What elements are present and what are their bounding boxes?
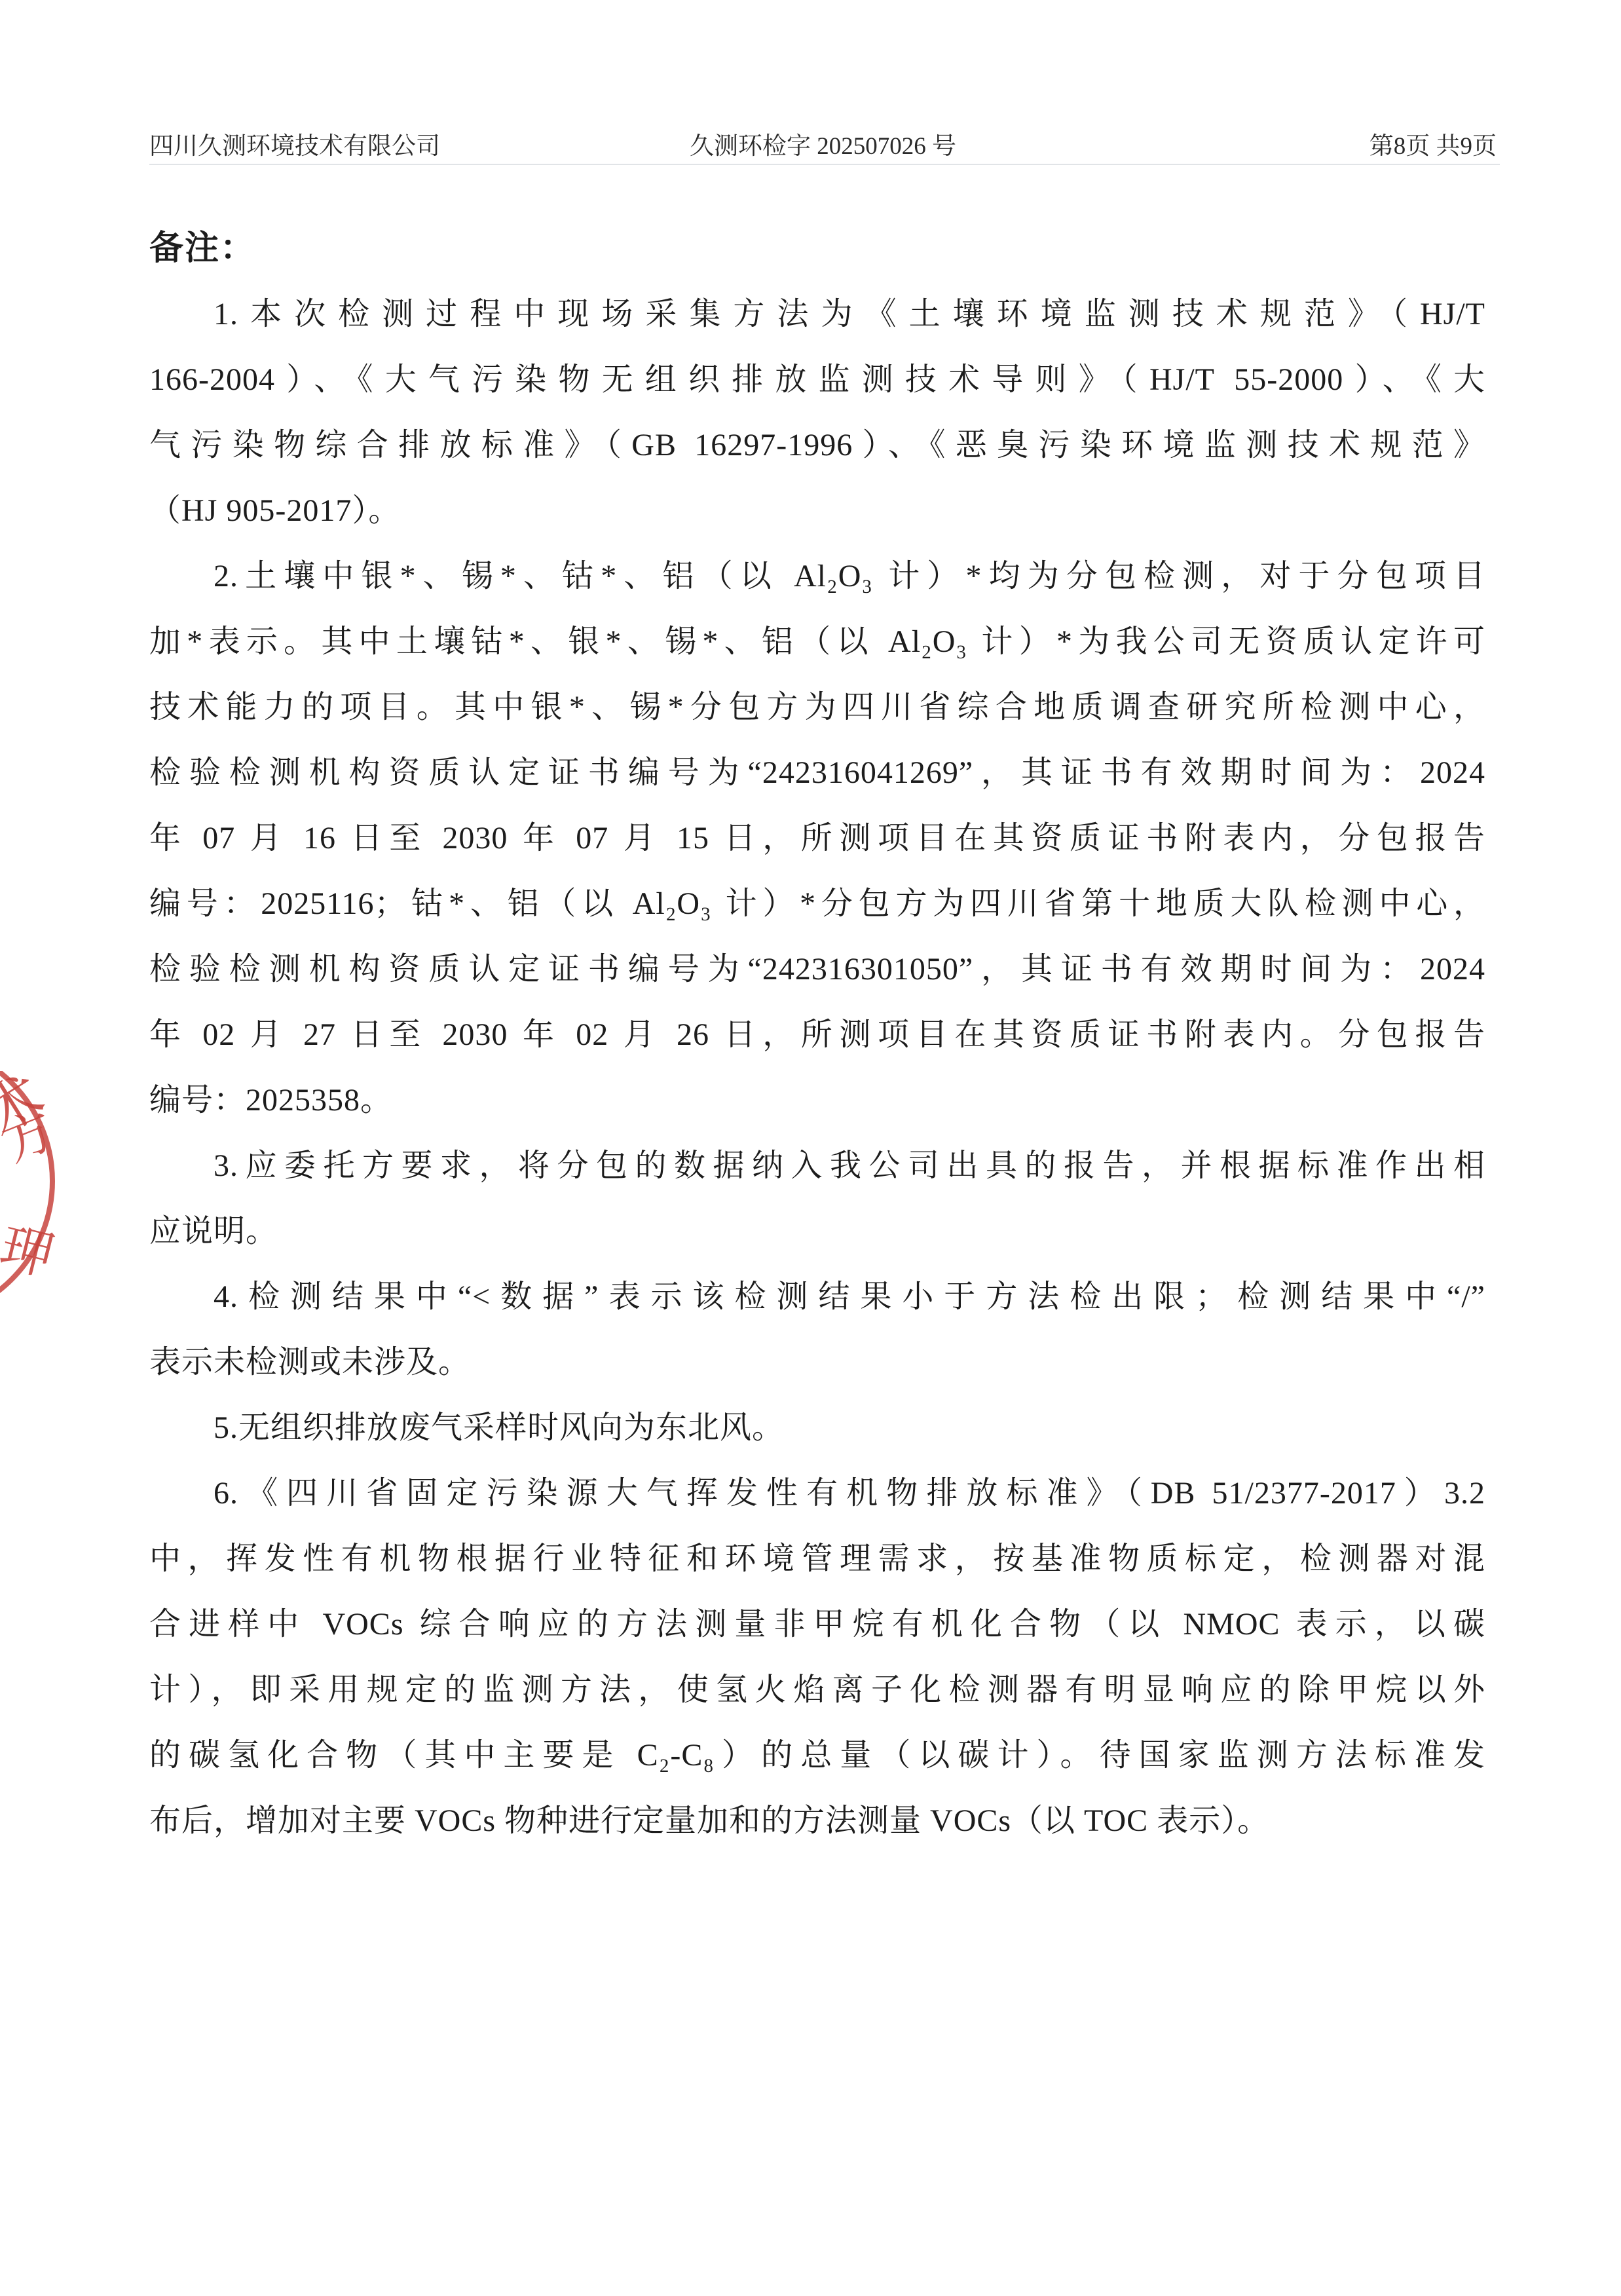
text-line: 1.本次检测过程中现场采集方法为《土壤环境监测技术规范》（HJ/T: [149, 282, 1485, 347]
seal-character-middle: 方: [0, 1102, 59, 1172]
notes-body: 1.本次检测过程中现场采集方法为《土壤环境监测技术规范》（HJ/T166-200…: [149, 282, 1485, 1854]
text-line: 编号：2025116；钴*、铝（以 Al₂O₃ 计）*分包方为四川省第十地质大队…: [149, 871, 1485, 937]
header-page-info: 第8页 共9页: [1369, 126, 1497, 161]
seal-character-top: 术: [0, 1071, 54, 1147]
red-seal-graphic: 术 方 玾: [0, 1071, 59, 1297]
text-line: 编号：2025358。: [149, 1068, 1485, 1133]
header-company-name: 四川久测环境技术有限公司: [149, 126, 440, 161]
text-line: 的碳氢化合物（其中主要是 C₂-C₈）的总量（以碳计）。待国家监测方法标准发: [149, 1723, 1485, 1788]
text-line: 年 07 月 16 日至 2030 年 07 月 15 日，所测项目在其资质证书…: [149, 806, 1485, 871]
notes-heading: 备注：: [149, 216, 1485, 282]
header-divider-line: [149, 164, 1500, 165]
text-line: 检验检测机构资质认定证书编号为“242316041269”，其证书有效期时间为：…: [149, 740, 1485, 806]
notes-section: 备注： 1.本次检测过程中现场采集方法为《土壤环境监测技术规范》（HJ/T166…: [149, 216, 1485, 1854]
header-doc-number: 久测环检字 202507026 号: [690, 126, 956, 161]
text-line: 布后，增加对主要 VOCs 物种进行定量加和的方法测量 VOCs（以 TOC 表…: [149, 1788, 1485, 1854]
page-header: 四川久测环境技术有限公司 久测环检字 202507026 号 第8页 共9页: [149, 126, 1497, 165]
text-line: 应说明。: [149, 1199, 1485, 1264]
text-line: 加*表示。其中土壤钴*、银*、锡*、铝（以 Al₂O₃ 计）*为我公司无资质认定…: [149, 609, 1485, 675]
text-line: 3.应委托方要求，将分包的数据纳入我公司出具的报告，并根据标准作出相: [149, 1133, 1485, 1199]
text-line: 4.检测结果中“<数据”表示该检测结果小于方法检出限；检测结果中“/”: [149, 1264, 1485, 1330]
seal-character-bottom: 玾: [0, 1218, 59, 1287]
text-line: 技术能力的项目。其中银*、锡*分包方为四川省综合地质调查研究所检测中心，: [149, 675, 1485, 740]
text-line: 年 02 月 27 日至 2030 年 02 月 26 日，所测项目在其资质证书…: [149, 1002, 1485, 1068]
text-line: 检验检测机构资质认定证书编号为“242316301050”，其证书有效期时间为：…: [149, 937, 1485, 1002]
text-line: 166-2004）、《大气污染物无组织排放监测技术导则》（HJ/T 55-200…: [149, 347, 1485, 413]
text-line: 2.土壤中银*、锡*、钴*、铝（以 Al₂O₃ 计）*均为分包检测，对于分包项目: [149, 544, 1485, 609]
text-line: 5.无组织排放废气采样时风向为东北风。: [149, 1395, 1485, 1461]
text-line: 气污染物综合排放标准》（GB 16297-1996）、《恶臭污染环境监测技术规范…: [149, 413, 1485, 478]
text-line: 表示未检测或未涉及。: [149, 1330, 1485, 1395]
text-line: 合进样中 VOCs 综合响应的方法测量非甲烷有机化合物（以 NMOC 表示，以碳: [149, 1592, 1485, 1657]
red-seal-stamp: 术 方 玾: [0, 1071, 59, 1297]
text-line: 中，挥发性有机物根据行业特征和环境管理需求，按基准物质标定，检测器对混: [149, 1526, 1485, 1592]
document-page: 四川久测环境技术有限公司 久测环检字 202507026 号 第8页 共9页 备…: [0, 0, 1621, 2296]
seal-circle-arc: [0, 1071, 52, 1297]
text-line: （HJ 905-2017）。: [149, 478, 1485, 544]
text-line: 计），即采用规定的监测方法，使氢火焰离子化检测器有明显响应的除甲烷以外: [149, 1657, 1485, 1723]
text-line: 6.《四川省固定污染源大气挥发性有机物排放标准》（DB 51/2377-2017…: [149, 1461, 1485, 1526]
